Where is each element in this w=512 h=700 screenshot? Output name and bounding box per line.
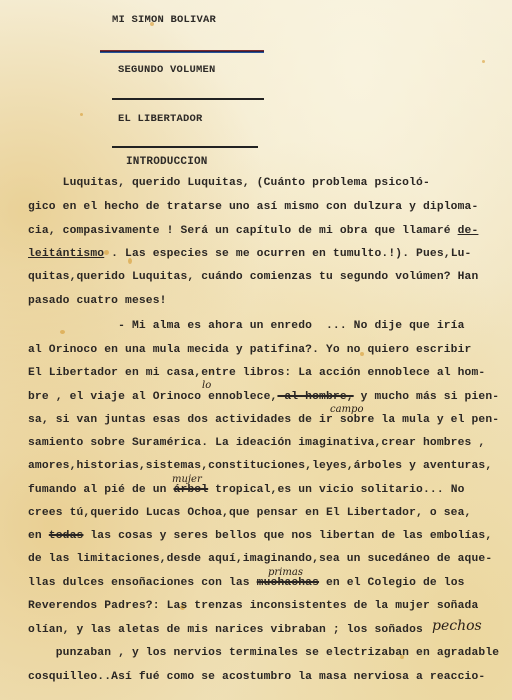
text-line: en todas las cosas y seres bellos que no… bbox=[28, 530, 492, 542]
text-line: Reverendos Padres?: Las trenzas inconsis… bbox=[28, 600, 478, 612]
text-line: de las limitaciones,desde aquí,imaginand… bbox=[28, 553, 492, 565]
text-line: crees tú,querido Lucas Ochoa,que pensar … bbox=[28, 507, 471, 519]
text-line: Luquitas, querido Luquitas, (Cuánto prob… bbox=[28, 177, 430, 189]
document-title: MI SIMON BOLIVAR bbox=[112, 14, 216, 26]
stain bbox=[482, 60, 485, 63]
text-line: sa, si van juntas esas dos actividades d… bbox=[28, 414, 499, 426]
book-rule bbox=[112, 146, 258, 148]
handwritten-annotation: lo bbox=[202, 380, 211, 391]
text-line: gico en el hecho de tratarse uno así mis… bbox=[28, 201, 478, 213]
text-line: cia, compasivamente ! Será un capítulo d… bbox=[28, 225, 478, 237]
book-heading: EL LIBERTADOR bbox=[118, 113, 203, 125]
text-line: al Orinoco en una mula mecida y patifina… bbox=[28, 344, 471, 356]
text-line: quitas,querido Luquitas, cuándo comienza… bbox=[28, 271, 478, 283]
stain bbox=[80, 113, 83, 116]
text-line: llas dulces ensoñaciones con las muchach… bbox=[28, 577, 465, 589]
text-line: El Libertador en mi casa,entre libros: L… bbox=[28, 367, 485, 379]
handwritten-annotation: pechos bbox=[432, 618, 482, 634]
text-line: cosquilleo..Así fué como se acostumbro l… bbox=[28, 671, 485, 683]
text-line: - Mi alma es ahora un enredo ... No dije… bbox=[28, 320, 465, 332]
text-line: amores,historias,sistemas,constituciones… bbox=[28, 460, 492, 472]
text-line: olían, y las aletas de mis narices vibra… bbox=[28, 624, 423, 636]
handwritten-annotation: mujer bbox=[172, 474, 202, 485]
text-line: pasado cuatro meses! bbox=[28, 295, 167, 307]
text-line: leitántismo . Las especies se me ocurren… bbox=[28, 248, 471, 260]
title-rule bbox=[100, 50, 264, 53]
handwritten-annotation: campo bbox=[330, 404, 363, 415]
text-line: punzaban , y los nervios terminales se e… bbox=[28, 647, 499, 659]
volume-heading: SEGUNDO VOLUMEN bbox=[118, 64, 216, 76]
typewritten-page: MI SIMON BOLIVAR SEGUNDO VOLUMEN EL LIBE… bbox=[0, 0, 512, 700]
text-line: bre , el viaje al Orinoco ennoblece, al … bbox=[28, 391, 499, 403]
text-line: fumando al pié de un árbol tropical,es u… bbox=[28, 484, 465, 496]
section-heading: INTRODUCCION bbox=[126, 156, 208, 168]
handwritten-annotation: primas bbox=[268, 567, 303, 578]
volume-rule bbox=[112, 98, 264, 100]
text-line: samiento sobre Suramérica. La ideación i… bbox=[28, 437, 485, 449]
